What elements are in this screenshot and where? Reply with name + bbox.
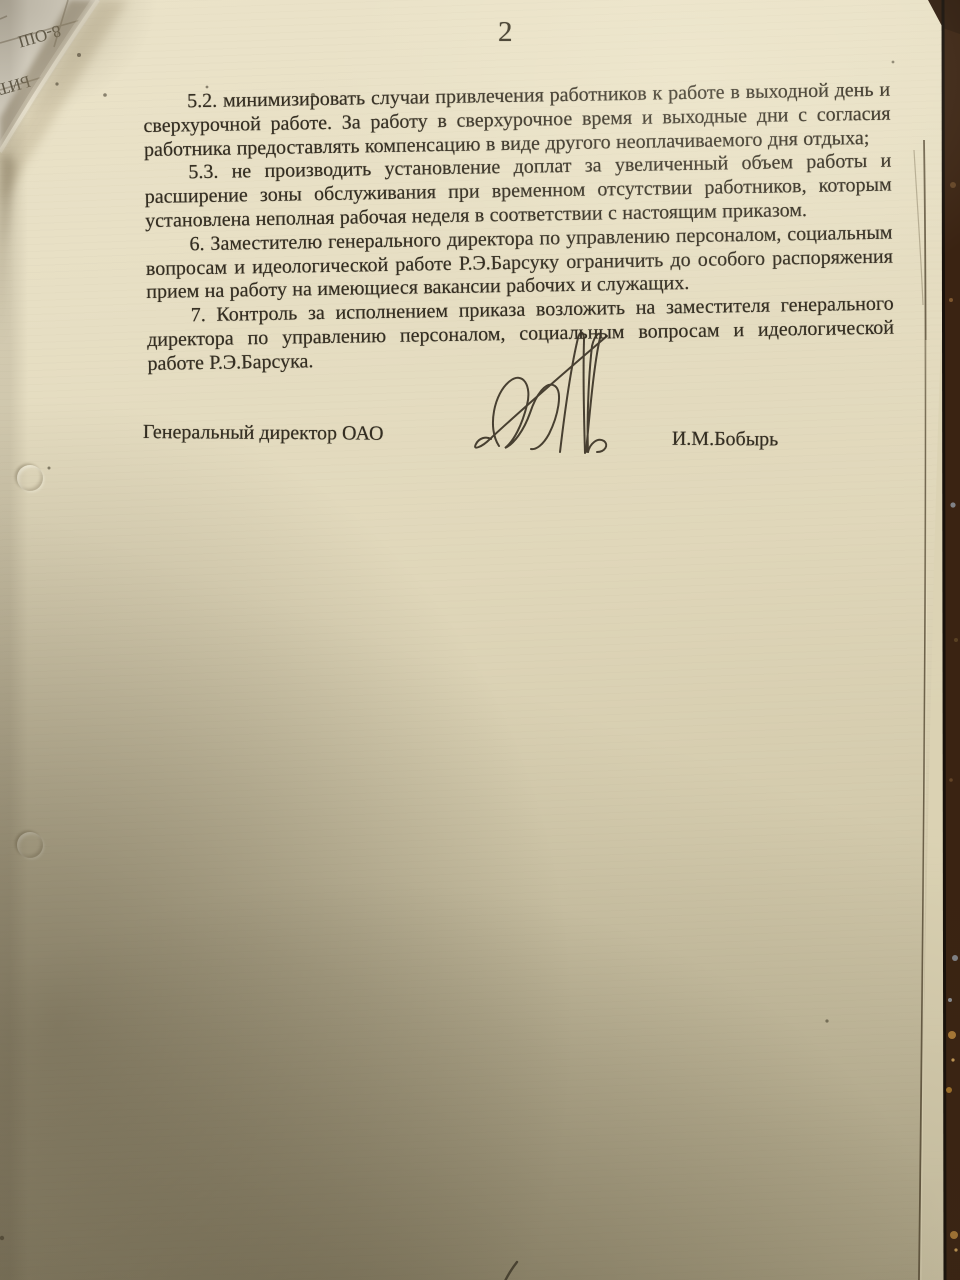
undersheet-corner: 8-ОШ 6С ЬИТ L- (0, 0, 128, 345)
table-edge-strip (928, 0, 960, 1280)
page-number: 2 (498, 16, 513, 49)
page-right-edge (914, 140, 944, 1280)
document-photo: 2 5.2. минимизировать случаи привлечения… (0, 0, 960, 1280)
order-text-block: 5.2. минимизировать случаи привлечения р… (143, 79, 895, 377)
undersheet-text: 6С (76, 14, 100, 38)
signature-row: Генеральный директор ОАО И.М.Бобырь (143, 420, 890, 449)
undersheet-text: ЬИТ (0, 72, 33, 99)
hole-punch (17, 832, 43, 858)
undersheet-text: 8-ОШ (16, 21, 63, 51)
signer-name: И.М.Бобырь (672, 427, 779, 452)
undersheet-text: L- (45, 68, 62, 86)
pen-tick (505, 1262, 517, 1280)
hole-punch (17, 465, 43, 491)
signer-title: Генеральный директор ОАО (143, 420, 384, 446)
